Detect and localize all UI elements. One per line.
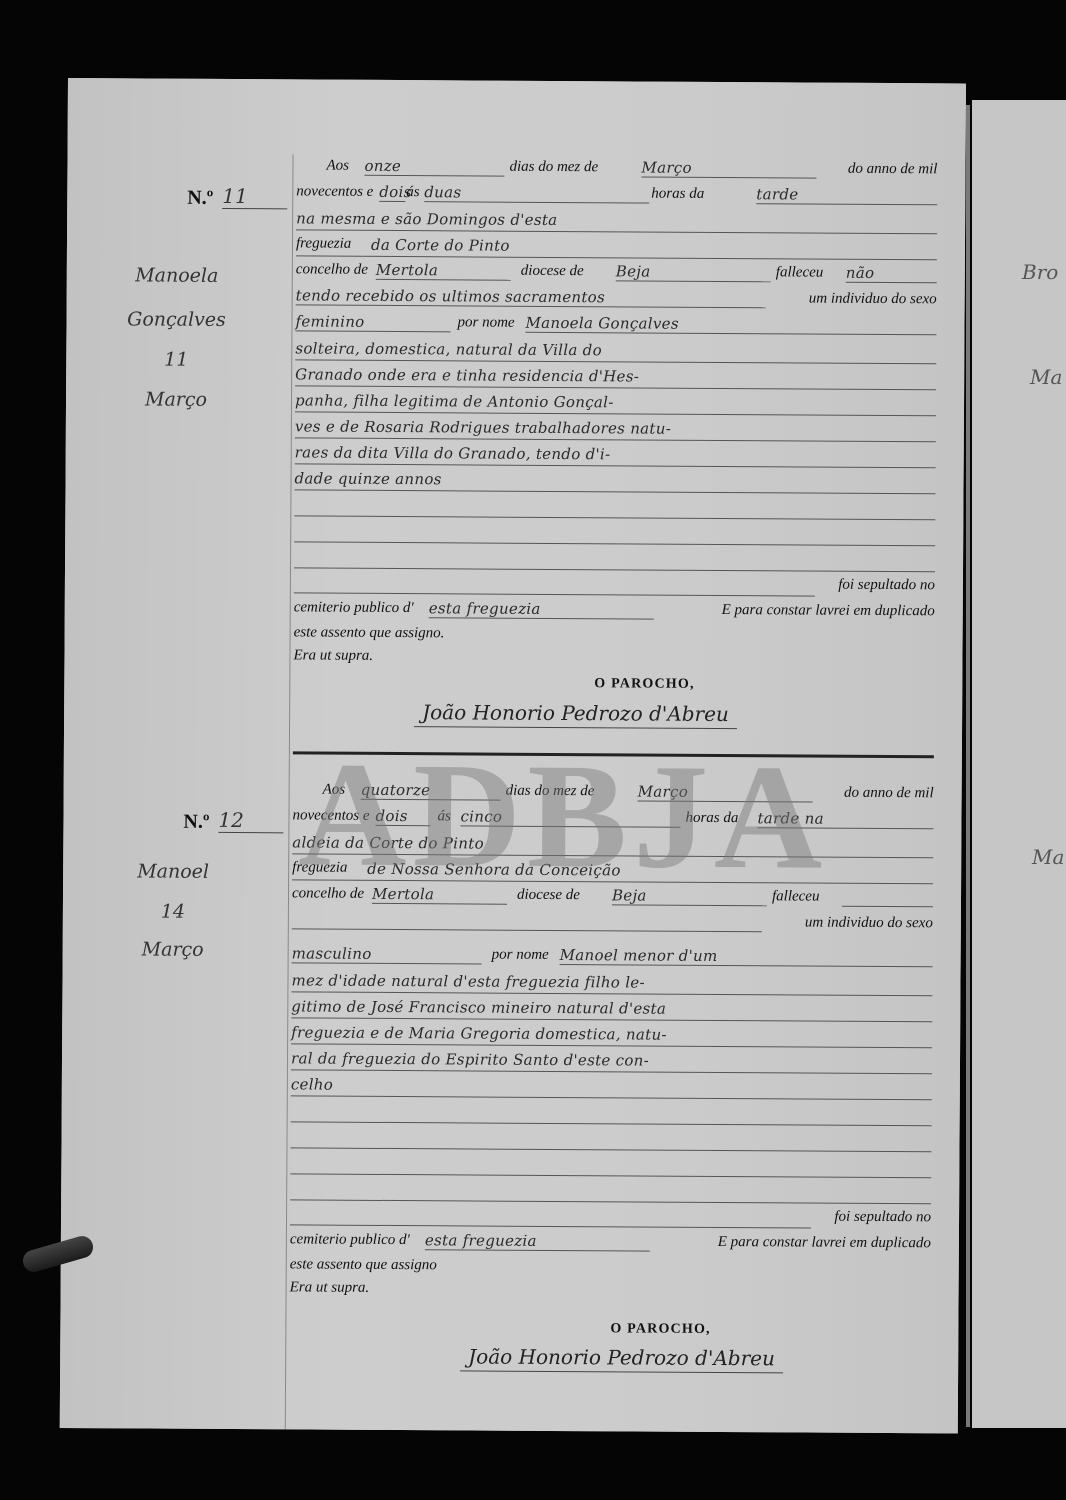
signatory-title: O PAROCHO, [610, 1321, 711, 1338]
sex-field: feminino [295, 312, 450, 332]
form-line: masculino por nome Manoel menor d'um [292, 939, 933, 969]
day-field: quatorze [361, 781, 501, 801]
year-field: dois [379, 183, 405, 202]
margin-note-day: 11 [96, 348, 256, 371]
priest-signature: João Honorio Pedrozo d'Abreu [414, 700, 737, 729]
form-line: concelho de Mertola diocese de Beja fall… [296, 255, 937, 285]
margin-note-name: Manoela [97, 264, 257, 287]
closing-text: este assento que assigno. [294, 624, 445, 642]
entry-number: 11 [222, 184, 287, 209]
form-line: novecentos e dois ás cinco horas da tard… [292, 801, 933, 831]
deceased-name-field: Manoel menor d'um [560, 946, 933, 967]
closing-text: Era ut supra. [290, 1279, 370, 1296]
facing-margin-note: Ma [1032, 845, 1064, 869]
register-entry: N.º 12 Manoel 14 Março Aos quatorze dias… [64, 690, 962, 695]
margin-note-month: Março [96, 388, 256, 411]
period-field: tarde na [757, 809, 933, 829]
facing-margin-note: Bro [1022, 260, 1058, 284]
signatory-title: O PAROCHO, [594, 676, 695, 693]
form-line: cemiterio publico d' esta freguezia E pa… [294, 593, 935, 623]
facing-margin-note: Ma [1030, 365, 1062, 389]
form-line: foi sepultado no [290, 1199, 931, 1229]
margin-note-month: Março [93, 938, 253, 961]
hour-field: cinco [460, 807, 680, 827]
entry-number: 12 [218, 808, 283, 833]
parish-field: de Nossa Senhora da Conceição [367, 860, 621, 880]
hour-field: duas [424, 183, 649, 203]
form-line: feminino por nome Manoela Gonçalves [295, 307, 936, 337]
sex-field: masculino [292, 944, 482, 964]
municipality-field: Mertola [376, 261, 511, 281]
form-line: Aos onze dias do mez de Março do anno de… [296, 151, 937, 181]
period-field: tarde [756, 185, 937, 205]
margin-note-surname: Gonçalves [96, 308, 256, 331]
margin-note-name: Manoel [93, 860, 253, 883]
form-line: Aos quatorze dias do mez de Março do ann… [293, 775, 934, 805]
register-entry: N.º 11 Manoela Gonçalves 11 Março Aos on… [68, 78, 966, 83]
municipality-field: Mertola [372, 885, 507, 905]
diocese-field: Beja [616, 262, 771, 282]
register-page: N.º 11 Manoela Gonçalves 11 Março Aos on… [60, 78, 966, 1433]
form-line: novecentos e dois ás duas horas da tarde [296, 177, 937, 207]
diocese-field: Beja [612, 886, 767, 906]
form-line: tendo recebido os ultimos sacramentos um… [296, 281, 937, 311]
form-line: um individuo do sexo [292, 905, 933, 935]
closing-text: Era ut supra. [293, 647, 373, 664]
day-field: onze [364, 157, 504, 177]
parish-field: da Corte do Pinto [371, 236, 510, 255]
form-line: foi sepultado no [294, 567, 935, 597]
form-line: concelho de Mertola diocese de Beja fall… [292, 879, 933, 909]
form-line: cemiterio publico d' esta freguezia E pa… [290, 1225, 931, 1255]
priest-signature: João Honorio Pedrozo d'Abreu [460, 1344, 783, 1373]
entry-separator [293, 751, 934, 758]
entry-number-label: N.º [183, 811, 209, 834]
month-field: Março [638, 782, 813, 802]
margin-note-day: 14 [93, 900, 253, 923]
year-field: dois [375, 807, 430, 826]
entry-number-label: N.º [187, 187, 213, 210]
binding-gutter [966, 105, 970, 1427]
deceased-name-field: Manoela Gonçalves [525, 314, 936, 336]
closing-text: este assento que assigno [290, 1256, 437, 1274]
cemetery-field: esta freguezia [425, 1231, 650, 1251]
cemetery-field: esta freguezia [429, 599, 654, 619]
month-field: Março [641, 159, 816, 179]
facing-page: Bro Ma Ma [972, 100, 1066, 1428]
